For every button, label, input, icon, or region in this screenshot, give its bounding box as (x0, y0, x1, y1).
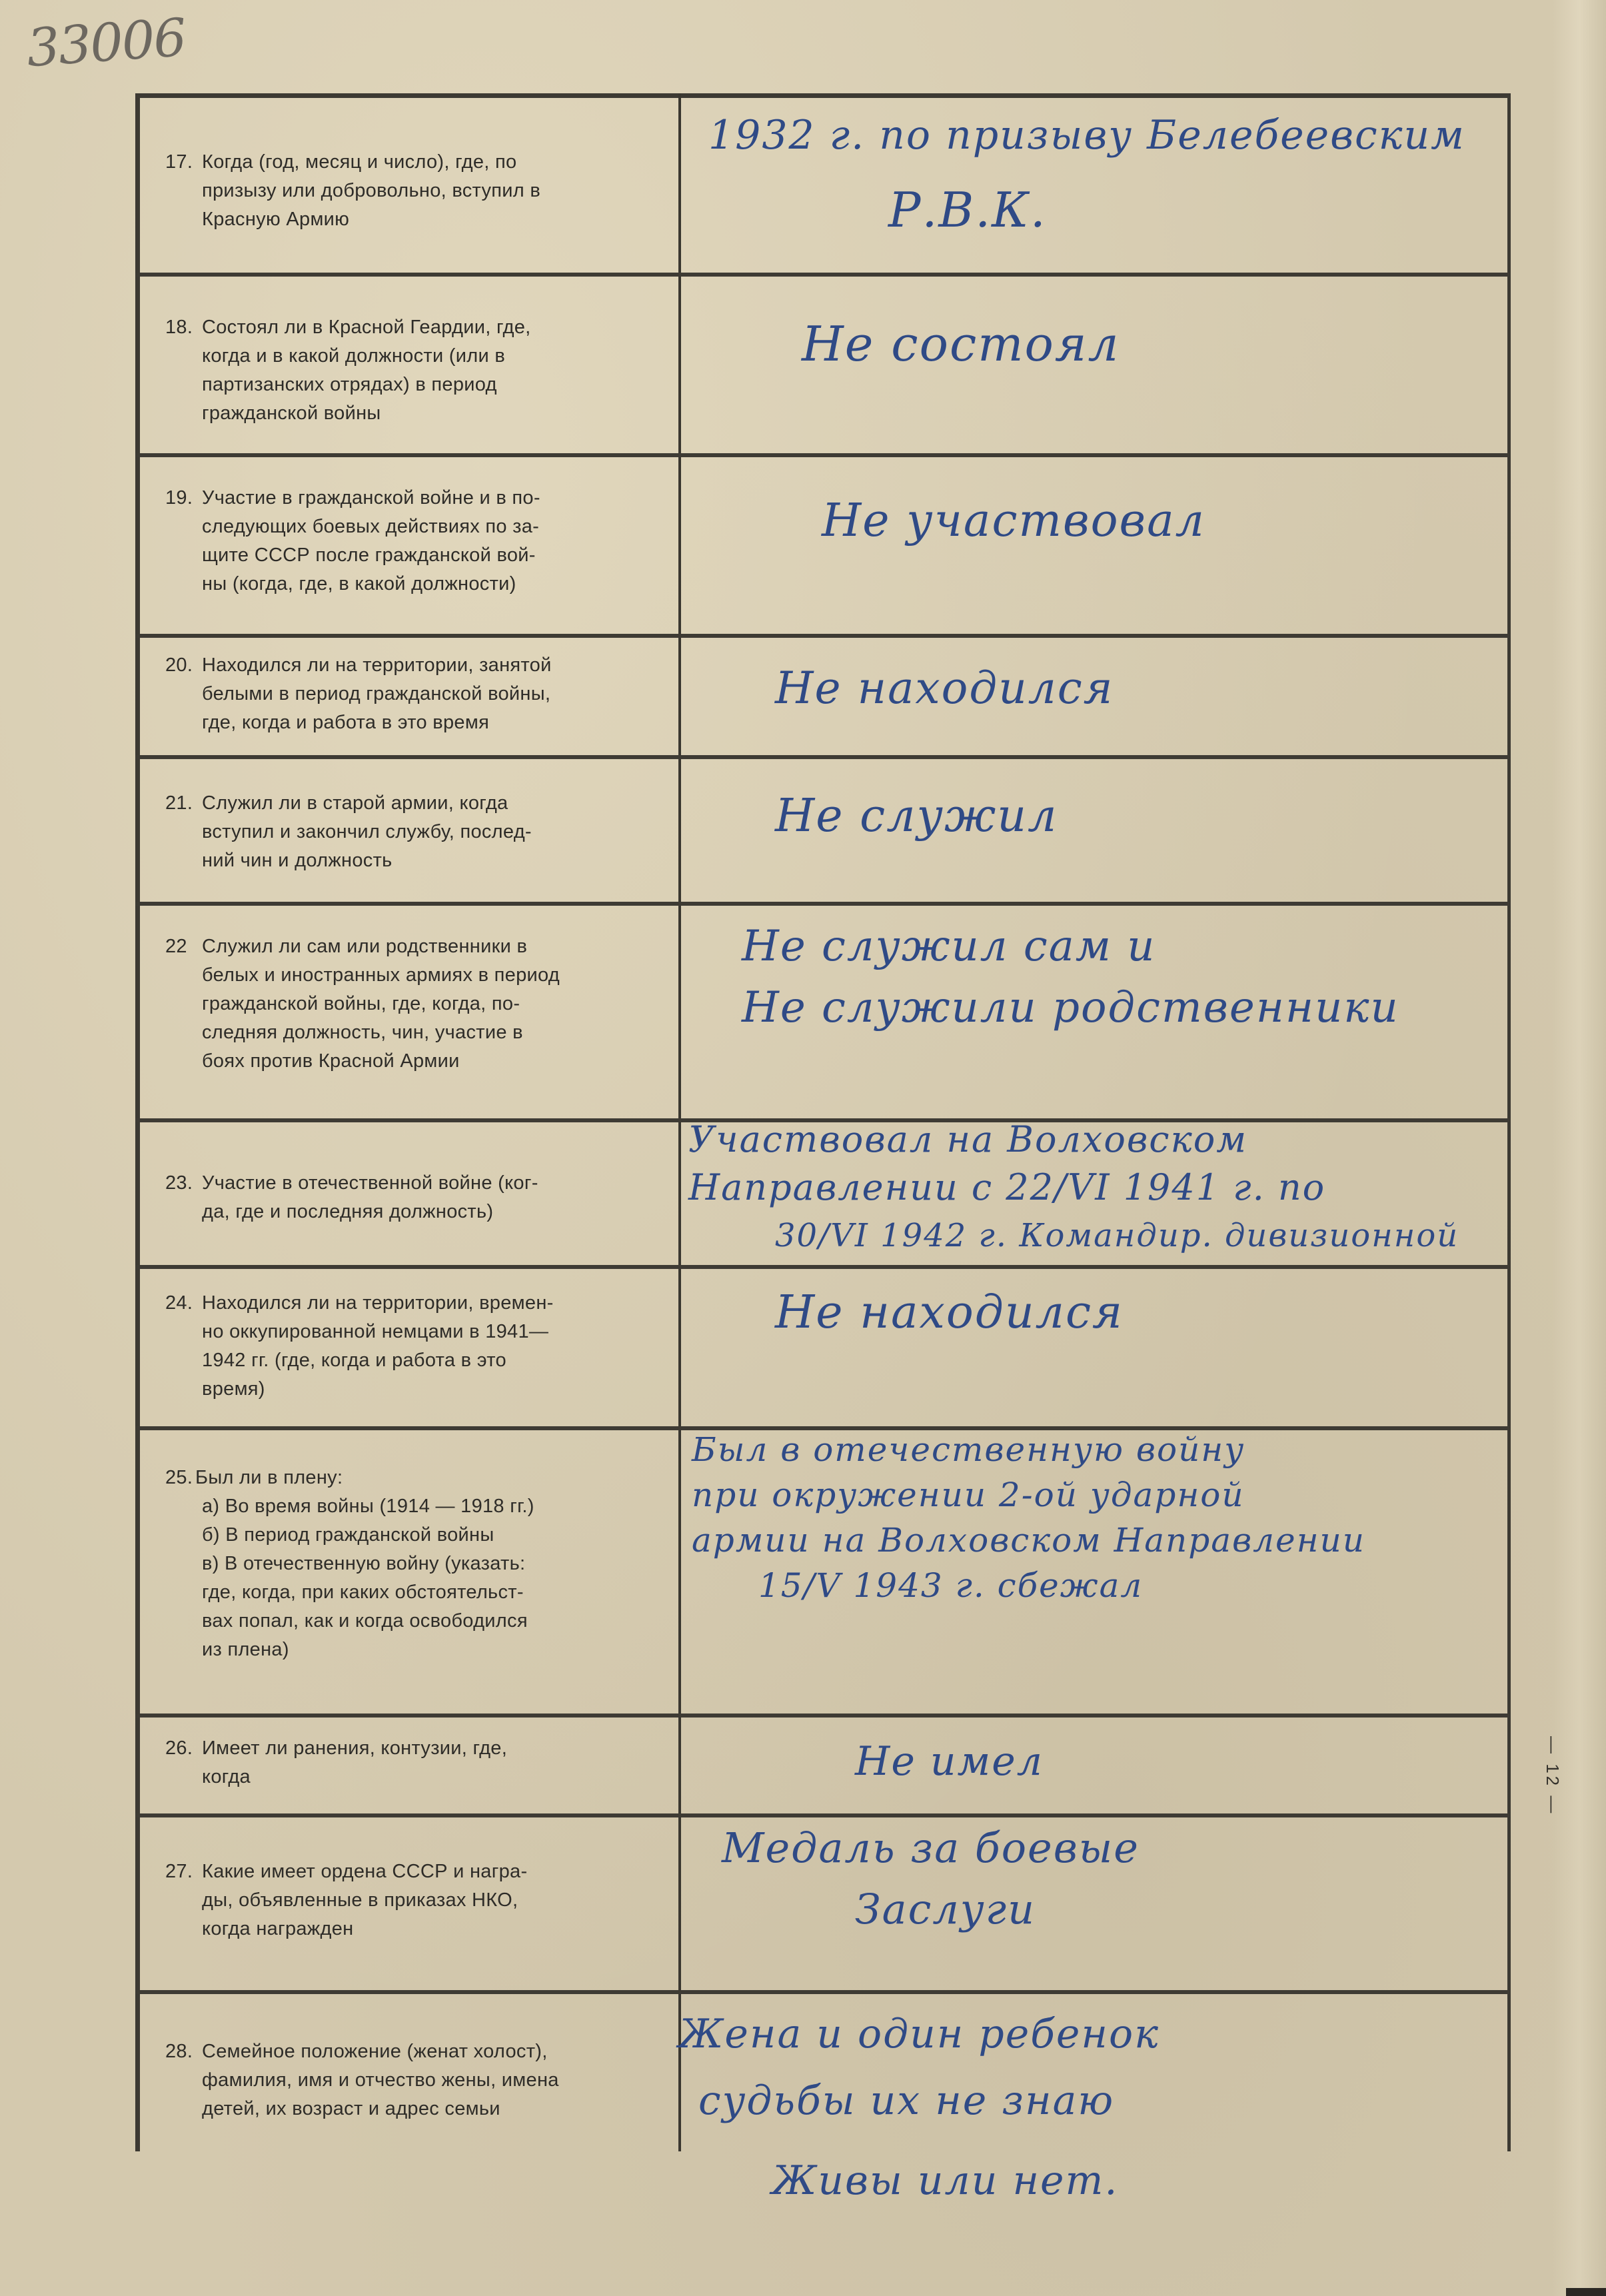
question-text-line: детей, их возраст и адрес семьи (165, 2095, 658, 2123)
answer-23-handwritten: Участвовал на Волховском Направлении с 2… (688, 1116, 1555, 1260)
answer-line: 1932 г. по призыву Белебеевским (708, 105, 1575, 166)
answer-line: Участвовал на Волховском (688, 1116, 1555, 1164)
table-row-21: 21.Служил ли в старой армии, когда вступ… (135, 755, 1511, 902)
question-text-line: Находился ли на территории, времен- (202, 1292, 554, 1314)
question-19: 19.Участие в гражданской войне и в по- с… (165, 484, 658, 598)
question-21: 21.Служил ли в старой армии, когда вступ… (165, 789, 658, 875)
answer-line: Медаль за боевые (722, 1817, 1588, 1879)
question-text-line: когда награжден (165, 1915, 658, 1943)
answer-line: Не служили родственники (742, 977, 1606, 1038)
question-24: 24.Находился ли на территории, времен- н… (165, 1289, 658, 1404)
question-text-line: Был ли в плену: (195, 1467, 343, 1488)
question-text-line: ды, объявленные в приказах НКО, (165, 1886, 658, 1915)
question-text-line: Участие в гражданской войне и в по- (202, 487, 540, 509)
question-text-line: где, когда, при каких обстоятельст- (165, 1578, 658, 1607)
table-row-26: 26.Имеет ли ранения, контузии, где, когд… (135, 1714, 1511, 1813)
question-number: 23. (165, 1169, 202, 1198)
question-text-line: время) (165, 1375, 658, 1404)
table-row-19: 19.Участие в гражданской войне и в по- с… (135, 453, 1511, 634)
question-text-line: белыми в период гражданской войны, (165, 680, 658, 708)
question-22: 22Служил ли сам или родственники в белых… (165, 932, 658, 1076)
question-text-line: гражданской войны, где, когда, по- (165, 990, 658, 1018)
answer-line: Не состоял (802, 313, 1606, 375)
question-28: 28.Семейное положение (женат холост), фа… (165, 2037, 658, 2123)
table-row-20: 20.Находился ли на территории, занятой б… (135, 634, 1511, 755)
question-25: 25.Был ли в плену: а) Во время войны (19… (165, 1464, 658, 1664)
page-edge-shadow (1566, 2288, 1606, 2296)
answer-line: Р.В.К. (708, 179, 1575, 241)
question-number: 21. (165, 789, 202, 818)
question-text-line: Состоял ли в Красной Геардии, где, (202, 317, 531, 338)
answer-line: Не находился (775, 1282, 1606, 1344)
question-text-line: Находился ли на территории, занятой (202, 654, 552, 676)
question-23: 23.Участие в отечественной войне (ког- д… (165, 1169, 658, 1226)
answer-line: судьбы их не знаю (678, 2067, 1545, 2134)
question-27: 27.Какие имеет ордена СССР и награ- ды, … (165, 1857, 658, 1943)
question-text-line: когда (165, 1763, 658, 1791)
question-26: 26.Имеет ли ранения, контузии, где, когд… (165, 1734, 658, 1791)
answer-line: при окружении 2-ой ударной (692, 1472, 1558, 1518)
question-text-line: следняя должность, чин, участие в (165, 1018, 658, 1047)
archive-number-handwritten: 33006 (25, 8, 187, 79)
question-text-line: боях против Красной Армии (165, 1047, 658, 1076)
answer-line: Не служил сам и (742, 916, 1606, 977)
answer-25-handwritten: Был в отечественную войну при окружении … (692, 1427, 1558, 1608)
table-row-24: 24.Находился ли на территории, времен- н… (135, 1265, 1511, 1426)
question-text-line: гражданской войны (165, 399, 658, 428)
table-row-22: 22Служил ли сам или родственники в белых… (135, 902, 1511, 1118)
question-number: 22 (165, 932, 202, 961)
question-text-line: партизанских отрядах) в период (165, 371, 658, 399)
question-text-line: призызу или добровольно, вступил в (165, 177, 658, 205)
answer-line: 15/V 1943 г. сбежал (692, 1563, 1558, 1608)
question-text-line: фамилия, имя и отчество жены, имена (165, 2066, 658, 2095)
page-number: — 12 — (1542, 1736, 1563, 1815)
answer-26-handwritten: Не имел (855, 1731, 1606, 1792)
question-text-line: ний чин и должность (165, 846, 658, 875)
answer-line: Не имел (855, 1731, 1606, 1792)
question-number: 20. (165, 651, 202, 680)
question-20: 20.Находился ли на территории, занятой б… (165, 651, 658, 737)
answer-line: Направлении с 22/VI 1941 г. по (688, 1164, 1555, 1212)
answer-line: Заслуги (722, 1879, 1588, 1940)
answer-27-handwritten: Медаль за боевые Заслуги (722, 1817, 1588, 1940)
question-text-line: в) В отечественную войну (указать: (165, 1550, 658, 1578)
answer-line: Живы или нет. (678, 2147, 1545, 2214)
answer-20-handwritten: Не находился (775, 658, 1606, 719)
question-text-line: б) В период гражданской войны (165, 1521, 658, 1550)
question-text-line: вах попал, как и когда освободился (165, 1607, 658, 1636)
table-row-28: 28.Семейное положение (женат холост), фа… (135, 1990, 1511, 2151)
question-number: 28. (165, 2037, 202, 2066)
answer-line: армии на Волховском Направлении (692, 1518, 1558, 1563)
question-number: 24. (165, 1289, 202, 1318)
answer-line: Не участвовал (822, 491, 1606, 552)
question-text-line: Имеет ли ранения, контузии, где, (202, 1737, 507, 1759)
question-text-line: следующих боевых действиях по за- (165, 513, 658, 541)
question-17: 17.Когда (год, месяц и число), где, по п… (165, 148, 658, 234)
question-text-line: Когда (год, месяц и число), где, по (202, 151, 516, 173)
question-text-line: а) Во время войны (1914 — 1918 гг.) (165, 1492, 658, 1521)
answer-line: Не находился (775, 658, 1606, 719)
question-text-line: Какие имеет ордена СССР и награ- (202, 1861, 527, 1882)
question-number: 17. (165, 148, 202, 177)
answer-line: 30/VI 1942 г. Командир. дивизионной (688, 1212, 1555, 1260)
answer-18-handwritten: Не состоял (802, 313, 1606, 375)
question-text-line: Служил ли сам или родственники в (202, 936, 527, 957)
table-row-17: 17.Когда (год, месяц и число), где, по п… (135, 98, 1511, 273)
answer-line: Не служил (775, 786, 1606, 847)
answer-line: Жена и один ребенок (678, 2001, 1545, 2067)
answer-22-handwritten: Не служил сам и Не служили родственники (742, 916, 1606, 1038)
answer-21-handwritten: Не служил (775, 786, 1606, 847)
question-text-line: вступил и закончил службу, послед- (165, 818, 658, 846)
question-text-line: где, когда и работа в это время (165, 708, 658, 737)
question-text-line: щите СССР после гражданской вой- (165, 541, 658, 570)
answer-line: Был в отечественную войну (692, 1427, 1558, 1472)
question-text-line: ны (когда, где, в какой должности) (165, 570, 658, 598)
question-number: 26. (165, 1734, 202, 1763)
question-text-line: белых и иностранных армиях в период (165, 961, 658, 990)
answer-24-handwritten: Не находился (775, 1282, 1606, 1344)
question-number: 19. (165, 484, 202, 513)
question-18: 18.Состоял ли в Красной Геардии, где, ко… (165, 313, 658, 428)
question-number: 18. (165, 313, 202, 342)
answer-19-handwritten: Не участвовал (822, 491, 1606, 552)
table-top-border (135, 93, 1511, 98)
question-number: 25. (165, 1464, 195, 1492)
table-row-18: 18.Состоял ли в Красной Геардии, где, ко… (135, 273, 1511, 453)
table-row-23: 23.Участие в отечественной войне (ког- д… (135, 1118, 1511, 1265)
question-text-line: да, где и последняя должность) (165, 1198, 658, 1226)
question-number: 27. (165, 1857, 202, 1886)
question-text-line: Красную Армию (165, 205, 658, 234)
answer-28-handwritten: Жена и один ребенок судьбы их не знаю Жи… (678, 2001, 1545, 2214)
question-text-line: Служил ли в старой армии, когда (202, 792, 508, 814)
table-row-25: 25.Был ли в плену: а) Во время войны (19… (135, 1426, 1511, 1714)
question-text-line: Семейное положение (женат холост), (202, 2041, 548, 2062)
question-text-line: 1942 гг. (где, когда и работа в это (165, 1346, 658, 1375)
answer-17-handwritten: 1932 г. по призыву Белебеевским Р.В.К. (708, 105, 1575, 241)
question-text-line: но оккупированной немцами в 1941— (165, 1318, 658, 1346)
question-text-line: из плена) (165, 1636, 658, 1664)
table-row-27: 27.Какие имеет ордена СССР и награ- ды, … (135, 1813, 1511, 1990)
question-text-line: Участие в отечественной войне (ког- (202, 1172, 538, 1194)
question-text-line: когда и в какой должности (или в (165, 342, 658, 371)
